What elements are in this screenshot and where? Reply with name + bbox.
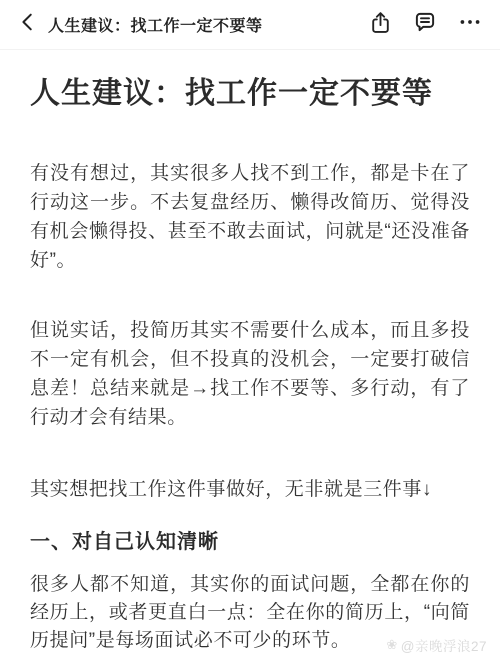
paragraph-3: 其实想把找工作这件事做好，无非就是三件事↓ bbox=[30, 475, 470, 504]
watermark-username: @亲晚浮浪27 bbox=[401, 635, 487, 655]
back-chevron-icon bbox=[17, 11, 39, 38]
share-button[interactable] bbox=[366, 11, 394, 39]
paragraph-1: 有没有想过，其实很多人找不到工作，都是卡在了行动这一步。不去复盘经历、懒得改简历… bbox=[30, 159, 470, 275]
more-button[interactable] bbox=[456, 11, 484, 39]
article-content: 人生建议：找工作一定不要等 有没有想过，其实很多人找不到工作，都是卡在了行动这一… bbox=[0, 75, 500, 655]
watermark-logo-icon: ❀ bbox=[386, 637, 397, 653]
watermark: ❀ @亲晚浮浪27 bbox=[386, 635, 487, 655]
section-heading-1: 一、对自己认知清晰 bbox=[30, 529, 470, 555]
comment-bubble-icon bbox=[412, 9, 438, 40]
paragraph-2: 但说实话，投简历其实不需要什么成本，而且多投不一定有机会，但不投真的没机会，一定… bbox=[30, 316, 470, 432]
article-title: 人生建议：找工作一定不要等 bbox=[30, 75, 470, 113]
comment-button[interactable] bbox=[411, 11, 439, 39]
nav-title: 人生建议：找工作一定不要等 bbox=[48, 13, 366, 36]
back-button[interactable] bbox=[14, 11, 42, 39]
share-icon bbox=[368, 10, 393, 40]
nav-actions bbox=[366, 11, 484, 39]
nav-bar: 人生建议：找工作一定不要等 bbox=[0, 0, 500, 50]
ellipsis-icon bbox=[457, 9, 483, 40]
